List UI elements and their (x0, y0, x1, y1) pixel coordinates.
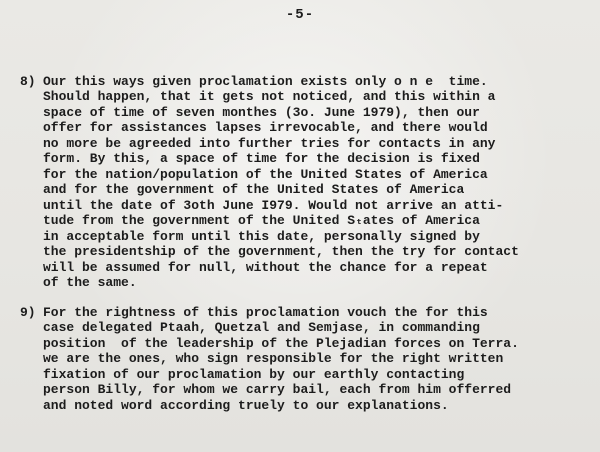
typewritten-document-page: -5- 8) Our this ways given proclamation … (0, 0, 600, 452)
paragraph-9-text: For the rightness of this proclamation v… (43, 305, 519, 414)
paragraph-9-marker: 9) (20, 305, 43, 321)
paragraph-9: 9) For the rightness of this proclamatio… (20, 305, 592, 414)
paragraph-8-text: Our this ways given proclamation exists … (43, 74, 519, 291)
page-number: -5- (0, 0, 600, 24)
paragraph-8-marker: 8) (20, 74, 43, 90)
paragraph-8: 8) Our this ways given proclamation exis… (20, 74, 592, 291)
